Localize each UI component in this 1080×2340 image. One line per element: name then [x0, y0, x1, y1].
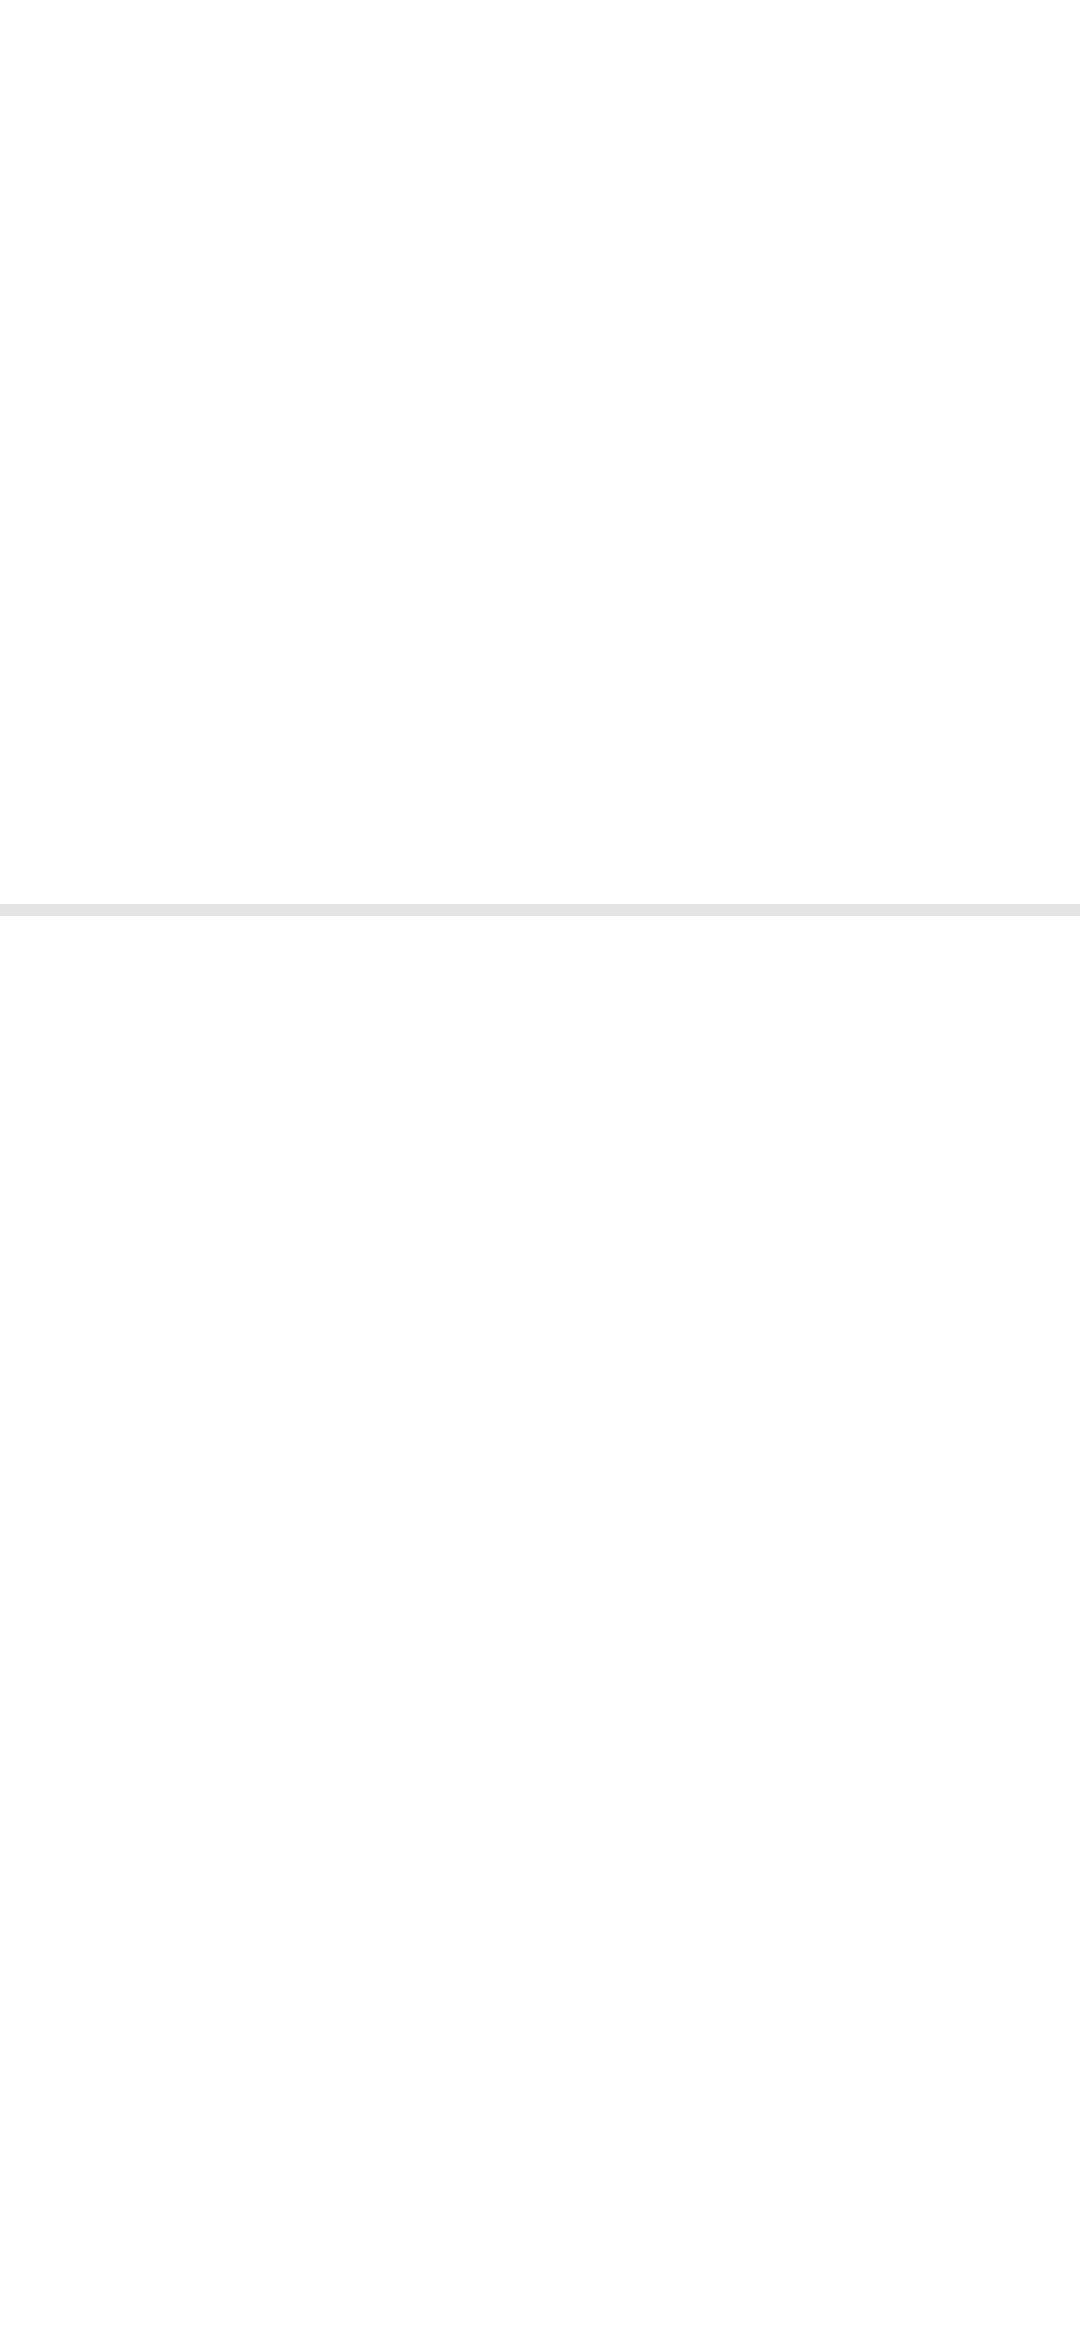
running-head: [96, 976, 126, 1008]
page-371: [0, 0, 1080, 904]
page-390: [0, 916, 1080, 2340]
page-separator: [0, 904, 1080, 916]
